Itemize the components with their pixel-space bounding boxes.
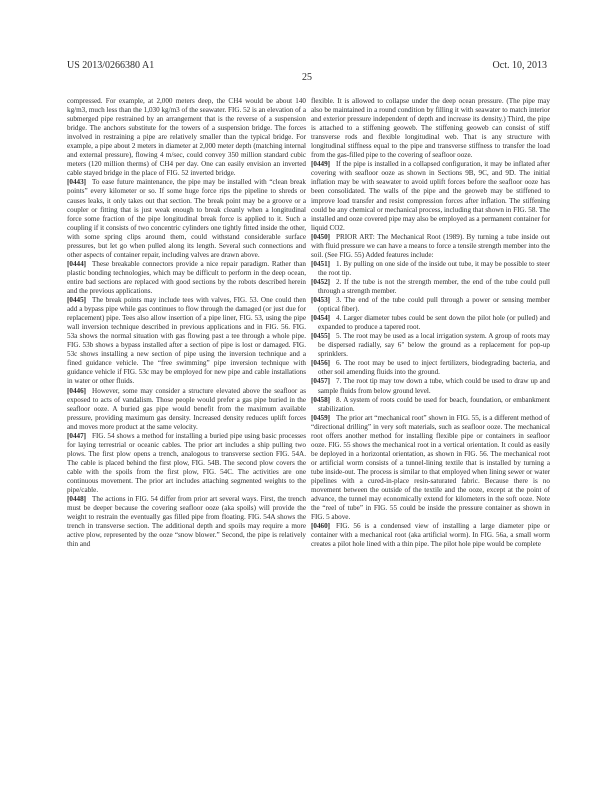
right-column: flexible. It is allowed to collapse unde… [311, 97, 550, 549]
list-item: [0454]4. Larger diameter tubes could be … [311, 314, 550, 332]
paragraph: [0447]FIG. 54 shows a method for install… [67, 432, 306, 495]
paragraph-number: [0456] [311, 359, 330, 367]
paragraph-number: [0445] [67, 296, 86, 304]
publication-number: US 2013/0266380 A1 [67, 60, 154, 71]
paragraph-text: However, some may consider a structure e… [67, 387, 306, 431]
list-item: [0457]7. The root tip may tow down a tub… [311, 377, 550, 395]
paragraph-text: If the pipe is installed in a collapsed … [311, 160, 550, 231]
paragraph: [0448]The actions in FIG. 54 differ from… [67, 495, 306, 549]
list-item: [0456]6. The root may be used to inject … [311, 359, 550, 377]
paragraph-number: [0458] [311, 396, 330, 404]
list-item: [0458]8. A system of roots could be used… [311, 396, 550, 414]
paragraph-number: [0454] [311, 314, 330, 322]
paragraph: [0444]These breakable connectors provide… [67, 260, 306, 296]
paragraph-text: compressed. For example, at 2,000 meters… [67, 97, 306, 177]
paragraph-text: 5. The root may be used as a local irrig… [318, 332, 550, 358]
paragraph: compressed. For example, at 2,000 meters… [67, 97, 306, 178]
paragraph-number: [0457] [311, 377, 330, 385]
paragraph-number: [0444] [67, 260, 86, 268]
paragraph-text: The prior art “mechanical root” shown in… [311, 414, 550, 522]
paragraph-number: [0450] [311, 233, 330, 241]
paragraph-text: 3. The end of the tube could pull throug… [318, 296, 550, 313]
paragraph: [0445]The break points may include tees … [67, 296, 306, 386]
publication-date: Oct. 10, 2013 [493, 60, 547, 71]
paragraph: [0449]If the pipe is installed in a coll… [311, 160, 550, 232]
paragraph-number: [0459] [311, 414, 330, 422]
paragraph-number: [0460] [311, 522, 330, 530]
list-item: [0452]2. If the tube is not the strength… [311, 278, 550, 296]
paragraph: [0459]The prior art “mechanical root” sh… [311, 414, 550, 523]
paragraph-text: 6. The root may be used to inject fertil… [318, 359, 550, 376]
paragraph-text: 1. By pulling on one side of the inside … [318, 260, 550, 277]
paragraph-number: [0448] [67, 495, 86, 503]
paragraph-number: [0453] [311, 296, 330, 304]
page-number: 25 [0, 72, 614, 83]
paragraph-number: [0443] [67, 178, 86, 186]
paragraph-text: 8. A system of roots could be used for b… [318, 396, 550, 413]
paragraph-number: [0452] [311, 278, 330, 286]
paragraph: [0446]However, some may consider a struc… [67, 387, 306, 432]
paragraph-text: FIG. 56 is a condensed view of installin… [311, 522, 550, 548]
paragraph-text: PRIOR ART: The Mechanical Root (1989). B… [311, 233, 550, 259]
left-column: compressed. For example, at 2,000 meters… [67, 97, 306, 549]
paragraph-text: To ease future maintenance, the pipe may… [67, 178, 306, 258]
paragraph-text: The actions in FIG. 54 differ from prior… [67, 495, 306, 548]
paragraph-number: [0446] [67, 387, 86, 395]
paragraph-text: The break points may include tees with v… [67, 296, 306, 385]
paragraph-number: [0447] [67, 432, 86, 440]
paragraph-text: 7. The root tip may tow down a tube, whi… [318, 377, 550, 394]
paragraph-text: 4. Larger diameter tubes could be sent d… [318, 314, 550, 331]
paragraph-number: [0455] [311, 332, 330, 340]
paragraph: flexible. It is allowed to collapse unde… [311, 97, 550, 160]
paragraph-text: These breakable connectors provide a nic… [67, 260, 306, 295]
paragraph: [0460]FIG. 56 is a condensed view of ins… [311, 522, 550, 549]
list-item: [0453]3. The end of the tube could pull … [311, 296, 550, 314]
list-item: [0455]5. The root may be used as a local… [311, 332, 550, 359]
paragraph-number: [0451] [311, 260, 330, 268]
paragraph-number: [0449] [311, 160, 330, 168]
paragraph-text: flexible. It is allowed to collapse unde… [311, 97, 550, 159]
paragraph-text: 2. If the tube is not the strength membe… [318, 278, 550, 295]
paragraph: [0443]To ease future maintenance, the pi… [67, 178, 306, 259]
paragraph: [0450]PRIOR ART: The Mechanical Root (19… [311, 233, 550, 260]
list-item: [0451]1. By pulling on one side of the i… [311, 260, 550, 278]
paragraph-text: FIG. 54 shows a method for installing a … [67, 432, 306, 494]
